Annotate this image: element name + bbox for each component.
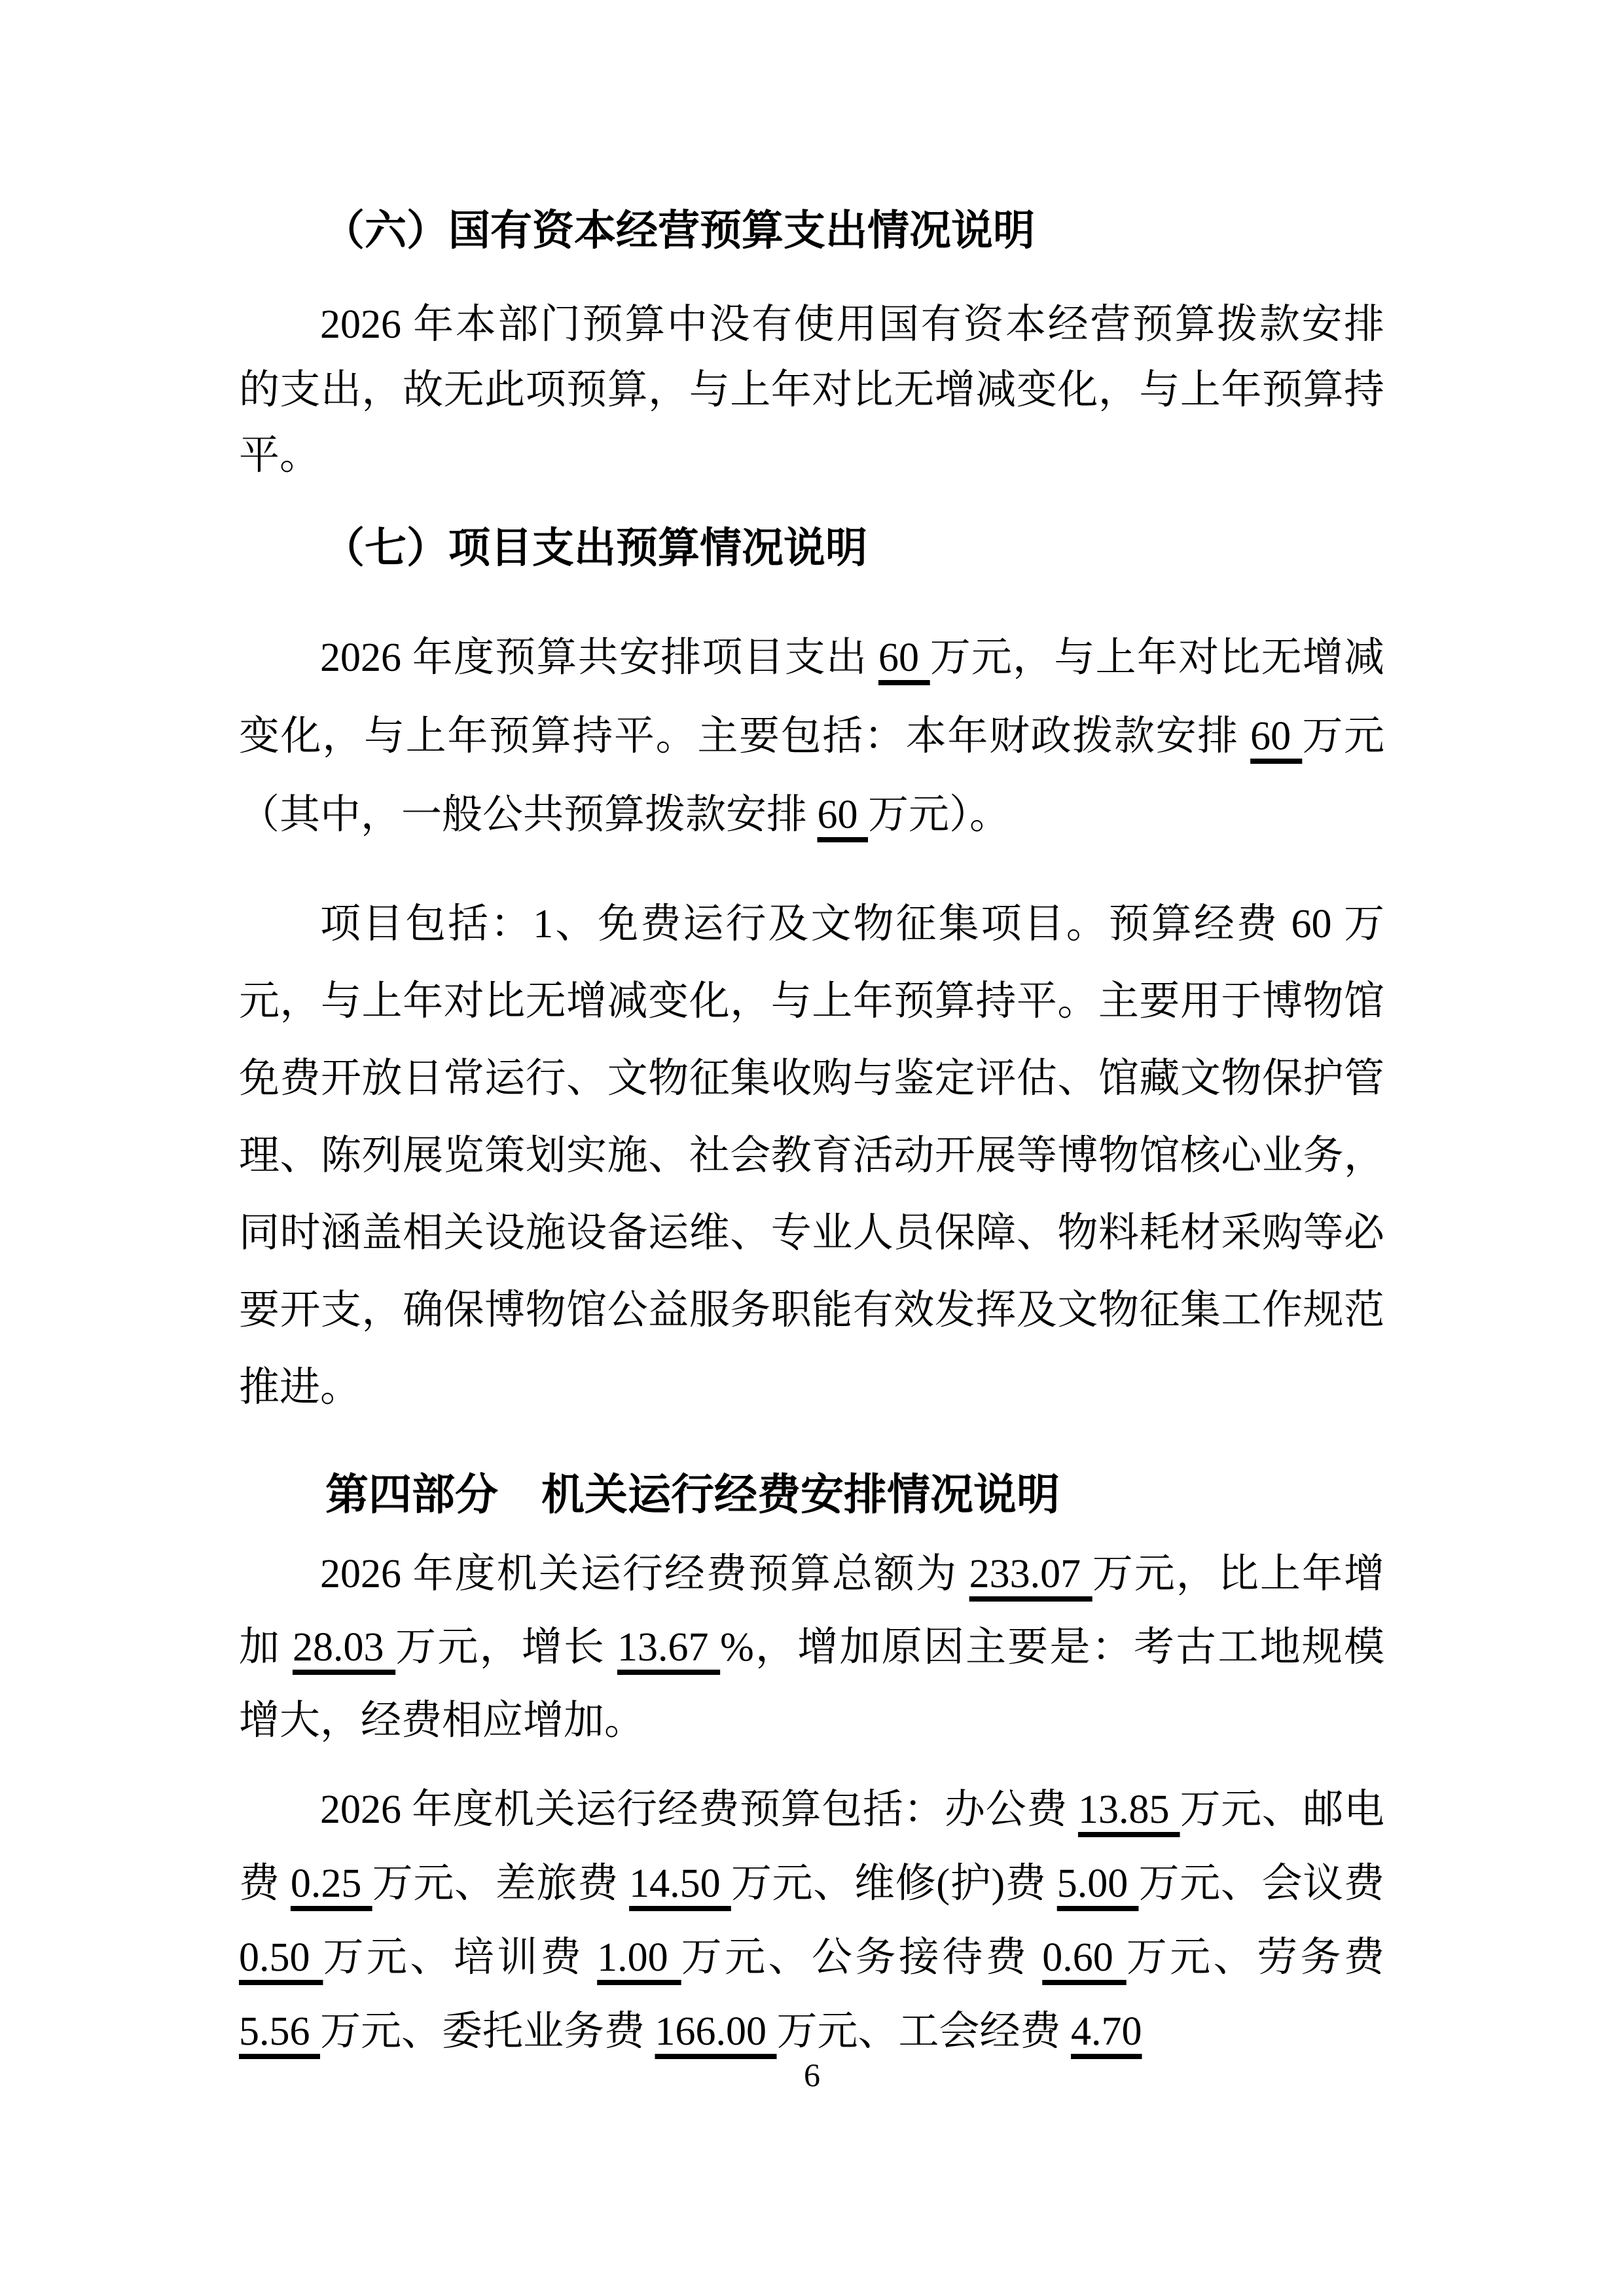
underlined-value: 60: [878, 636, 930, 680]
underlined-value: 28.03: [293, 1625, 395, 1670]
document-canvas: { "page": { "number": "6", "background_c…: [0, 0, 1624, 2296]
text-run: 万元、工会经费: [777, 2009, 1072, 2054]
underlined-value: 5.56: [239, 2009, 320, 2054]
text-run: 2026 年度机关运行经费预算包括：办公费: [320, 1787, 1078, 1832]
text-run: 万元、培训费: [323, 1935, 597, 1980]
underlined-value: 1.00: [597, 1935, 681, 1980]
underlined-value: 13.67: [617, 1625, 720, 1670]
text-run: 万元、劳务费: [1127, 1935, 1384, 1980]
underlined-value: 13.85: [1078, 1787, 1180, 1832]
text-run: 2026 年本部门预算中没有使用国有资本经营预算拨款安排的支出，故无此项预算，与…: [239, 302, 1384, 478]
text-run: 2026 年度机关运行经费预算总额为: [320, 1552, 969, 1596]
text-run: 万元、维修(护)费: [731, 1861, 1057, 1906]
text-run: 万元）。: [868, 793, 1010, 837]
text-run: 2026 年度预算共安排项目支出: [320, 636, 878, 680]
text-run: 万元、委托业务费: [320, 2009, 655, 2054]
text-run: 万元、会议费: [1138, 1861, 1384, 1906]
underlined-value: 14.50: [629, 1861, 731, 1906]
text-run: 万元、差旅费: [372, 1861, 629, 1906]
text-run: 万元，增长: [395, 1625, 617, 1670]
part-four-heading: 第四部分 机关运行经费安排情况说明: [239, 1471, 1384, 1518]
text-run: 项目包括：1、免费运行及文物征集项目。预算经费 60 万元，与上年对比无增减变化…: [239, 902, 1384, 1410]
underlined-value: 0.50: [239, 1935, 323, 1980]
section-heading-six: （六）国有资本经营预算支出情况说明: [239, 208, 1384, 254]
underlined-value: 5.00: [1057, 1861, 1139, 1906]
underlined-value: 60: [1250, 714, 1302, 759]
section-heading-seven: （七）项目支出预算情况说明: [239, 526, 1384, 571]
underlined-value: 0.25: [291, 1861, 372, 1906]
para-state-capital-budget: 2026 年本部门预算中没有使用国有资本经营预算拨款安排的支出，故无此项预算，与…: [239, 292, 1384, 488]
underlined-value: 166.00: [655, 2009, 777, 2054]
para-project-expenditure-budget: 2026 年度预算共安排项目支出 60 万元，与上年对比无增减变化，与上年预算持…: [239, 619, 1384, 854]
para-project-details: 项目包括：1、免费运行及文物征集项目。预算经费 60 万元，与上年对比无增减变化…: [239, 886, 1384, 1426]
para-operating-funds-breakdown: 2026 年度机关运行经费预算包括：办公费 13.85 万元、邮电费 0.25 …: [239, 1773, 1384, 2069]
underlined-value: 4.70: [1071, 2009, 1142, 2054]
underlined-value: 0.60: [1042, 1935, 1126, 1980]
text-run: 万元、公务接待费: [681, 1935, 1043, 1980]
underlined-value: 233.07: [969, 1552, 1092, 1596]
text-column: （六）国有资本经营预算支出情况说明 2026 年本部门预算中没有使用国有资本经营…: [239, 0, 1384, 2069]
page-number: 6: [0, 2055, 1624, 2094]
para-operating-funds-total: 2026 年度机关运行经费预算总额为 233.07 万元，比上年增加 28.03…: [239, 1537, 1384, 1757]
underlined-value: 60: [818, 793, 869, 837]
